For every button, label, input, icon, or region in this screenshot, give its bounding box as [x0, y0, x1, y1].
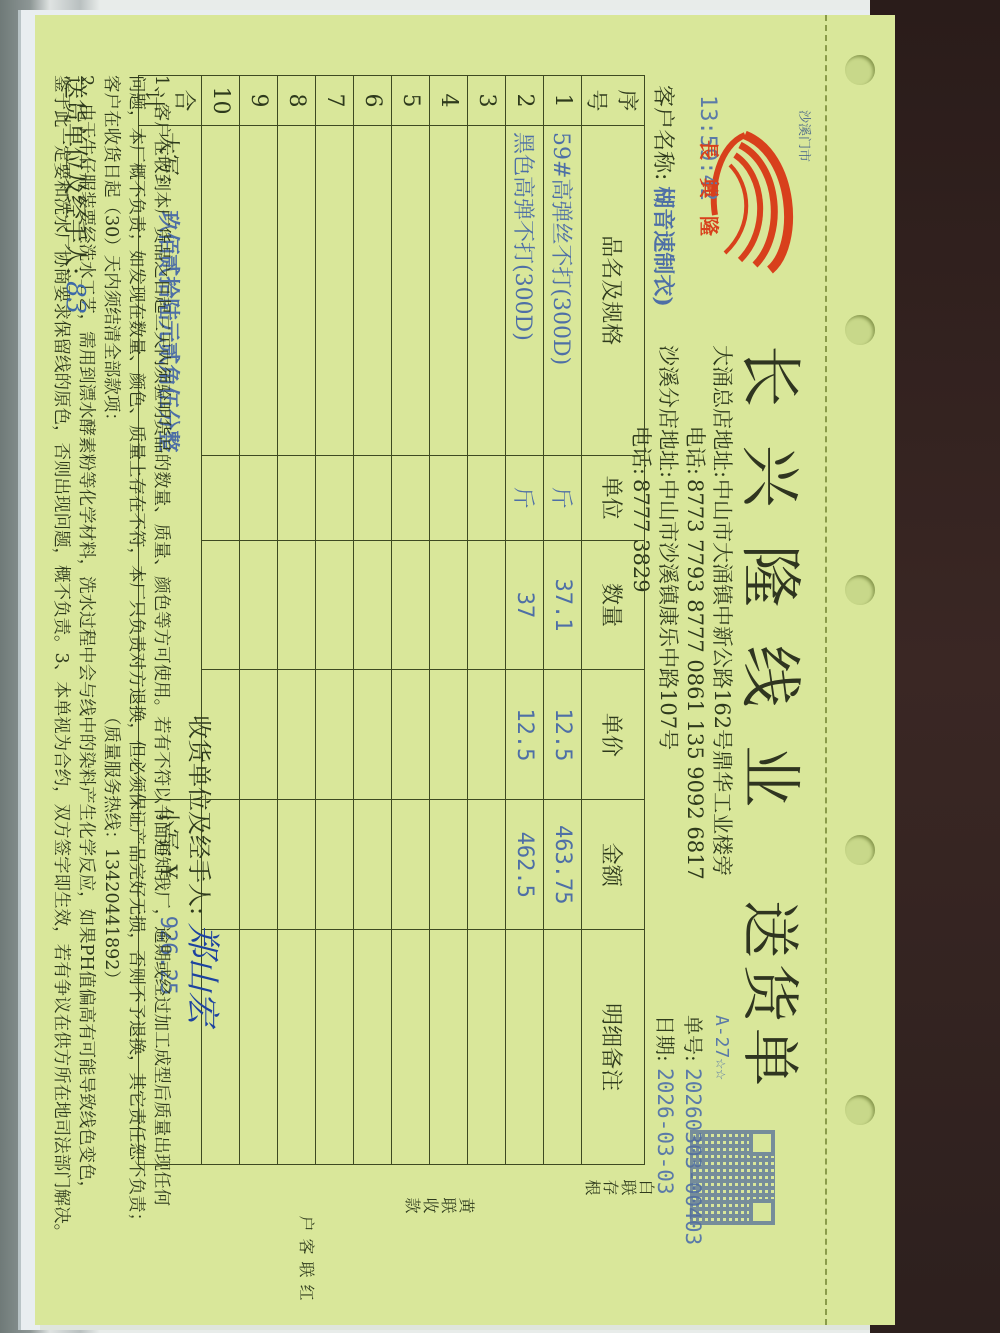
tractor-hole-icon — [845, 315, 875, 345]
row-price: 12.5 — [544, 670, 582, 800]
row-no: 7 — [316, 76, 354, 126]
sender-label: 送货单位及经手人: — [61, 75, 89, 275]
order-number-label: 单号: — [681, 1015, 705, 1062]
row-amount: 462.5 — [506, 800, 544, 930]
tractor-hole-icon — [845, 1095, 875, 1125]
row-note — [506, 930, 544, 1165]
table-row: 9 — [240, 76, 278, 1165]
date-row: 日期: 2026-03-03 — [651, 1015, 679, 1245]
header-name: 品名及规格 — [582, 125, 645, 455]
terms-line: 客户在收货日起（30）天内须结清全部款项： （质量服务热线：1342044189… — [98, 75, 123, 1255]
customer-field: 客户名称:楜音速制衣) — [649, 85, 680, 307]
row-no: 5 — [392, 76, 430, 126]
table-row: 2 黑色高弹不打(300D) 斤 37 12.5 462.5 — [506, 76, 544, 1165]
receiver-label: 收货单位及经手人: — [185, 715, 213, 915]
perforation-strip-top — [825, 15, 895, 1325]
row-qty: 37.1 — [544, 540, 582, 670]
receiver-signature: 收货单位及经手人:郑山宏 — [181, 715, 230, 1025]
row-name: 59#高弹丝不打(300D) — [544, 125, 582, 455]
customer-name: 楜音速制衣) — [650, 186, 676, 306]
document-title: 送货单 — [733, 900, 817, 1092]
row-amount: 463.75 — [544, 800, 582, 930]
row-no: 10 — [202, 76, 240, 126]
customer-label: 客户名称: — [650, 85, 675, 180]
delivery-note: 沙溪门市 13:59:42 長興隆 长兴隆线业 送货单 大涌总店地址: 中山市大… — [35, 15, 895, 1325]
terms-line: 1、客户在收到本厂货品之日起三天内须验明货品的数量、质量、颜色等方可使用。若有不… — [148, 75, 173, 1255]
row-unit: 斤 — [544, 455, 582, 540]
header-no: 序号 — [582, 76, 645, 126]
row-price: 12.5 — [506, 670, 544, 800]
table-header-row: 序号 品名及规格 单位 数量 单价 金额 明细备注 — [582, 76, 645, 1165]
copy-yellow: 黄联收款 — [403, 1193, 475, 1216]
tractor-hole-icon — [845, 835, 875, 865]
address-label: 沙溪分店地址: — [654, 345, 681, 475]
table-row: 7 — [316, 76, 354, 1165]
header-note: 明细备注 — [582, 930, 645, 1165]
receipt-wrapper: 沙溪门市 13:59:42 長興隆 长兴隆线业 送货单 大涌总店地址: 中山市大… — [35, 15, 895, 1325]
tractor-hole-icon — [845, 55, 875, 85]
address-label: 大涌总店地址: — [708, 345, 735, 475]
row-unit: 斤 — [506, 455, 544, 540]
company-name: 长兴隆线业 — [731, 345, 820, 845]
qr-code-icon — [690, 1130, 775, 1225]
row-no: 1 — [544, 76, 582, 126]
logo-brand-name: 長興隆 — [696, 140, 725, 254]
header-unit: 单位 — [582, 455, 645, 540]
table-row: 5 — [392, 76, 430, 1165]
phone-value: 8773 7793 8777 0861 135 9092 6817 — [681, 479, 708, 880]
address-value: 中山市大涌镇中新公路162号鼎华工业楼旁 — [708, 479, 735, 876]
table-row: 3 — [468, 76, 506, 1165]
copy-white: 白联存根 — [583, 1175, 655, 1198]
row-no: 8 — [278, 76, 316, 126]
terms-line: 问题，本厂概不负责；如发现在数量、颜色、质量上存在不符，本厂只负责对方退换，但必… — [123, 75, 148, 1255]
table-row: 8 — [278, 76, 316, 1165]
date-label: 日期: — [653, 1015, 677, 1062]
table-row: 4 — [430, 76, 468, 1165]
row-no: 4 — [430, 76, 468, 126]
header-qty: 数量 — [582, 540, 645, 670]
tractor-hole-icon — [845, 575, 875, 605]
address-row: 沙溪分店地址: 中山市沙溪镇康乐中路107号 — [654, 345, 681, 880]
row-no: 3 — [468, 76, 506, 126]
row-no: 2 — [506, 76, 544, 126]
address-value: 中山市沙溪镇康乐中路107号 — [654, 479, 681, 750]
sender-signature: 送货单位及经手人:83 — [60, 75, 95, 314]
table-row: 6 — [354, 76, 392, 1165]
header-amount: 金额 — [582, 800, 645, 930]
receiver-signature-ink: 郑山宏 — [182, 923, 222, 1025]
sender-signature-ink: 83 — [60, 281, 90, 314]
address-row: 大涌总店地址: 中山市大涌镇中新公路162号鼎华工业楼旁 — [708, 345, 735, 880]
row-qty: 37 — [506, 540, 544, 670]
date-value: 2026-03-03 — [653, 1068, 677, 1194]
row-note — [544, 930, 582, 1165]
row-no: 9 — [240, 76, 278, 126]
header-price: 单价 — [582, 670, 645, 800]
row-name: 黑色高弹不打(300D) — [506, 125, 544, 455]
copy-red: 红联客户 — [297, 1211, 315, 1303]
phone-row: 电话: 8773 7793 8777 0861 135 9092 6817 — [681, 345, 708, 880]
phone-label: 电话: — [681, 345, 708, 475]
table-row: 1 59#高弹丝不打(300D) 斤 37.1 12.5 463.75 — [544, 76, 582, 1165]
row-no: 6 — [354, 76, 392, 126]
